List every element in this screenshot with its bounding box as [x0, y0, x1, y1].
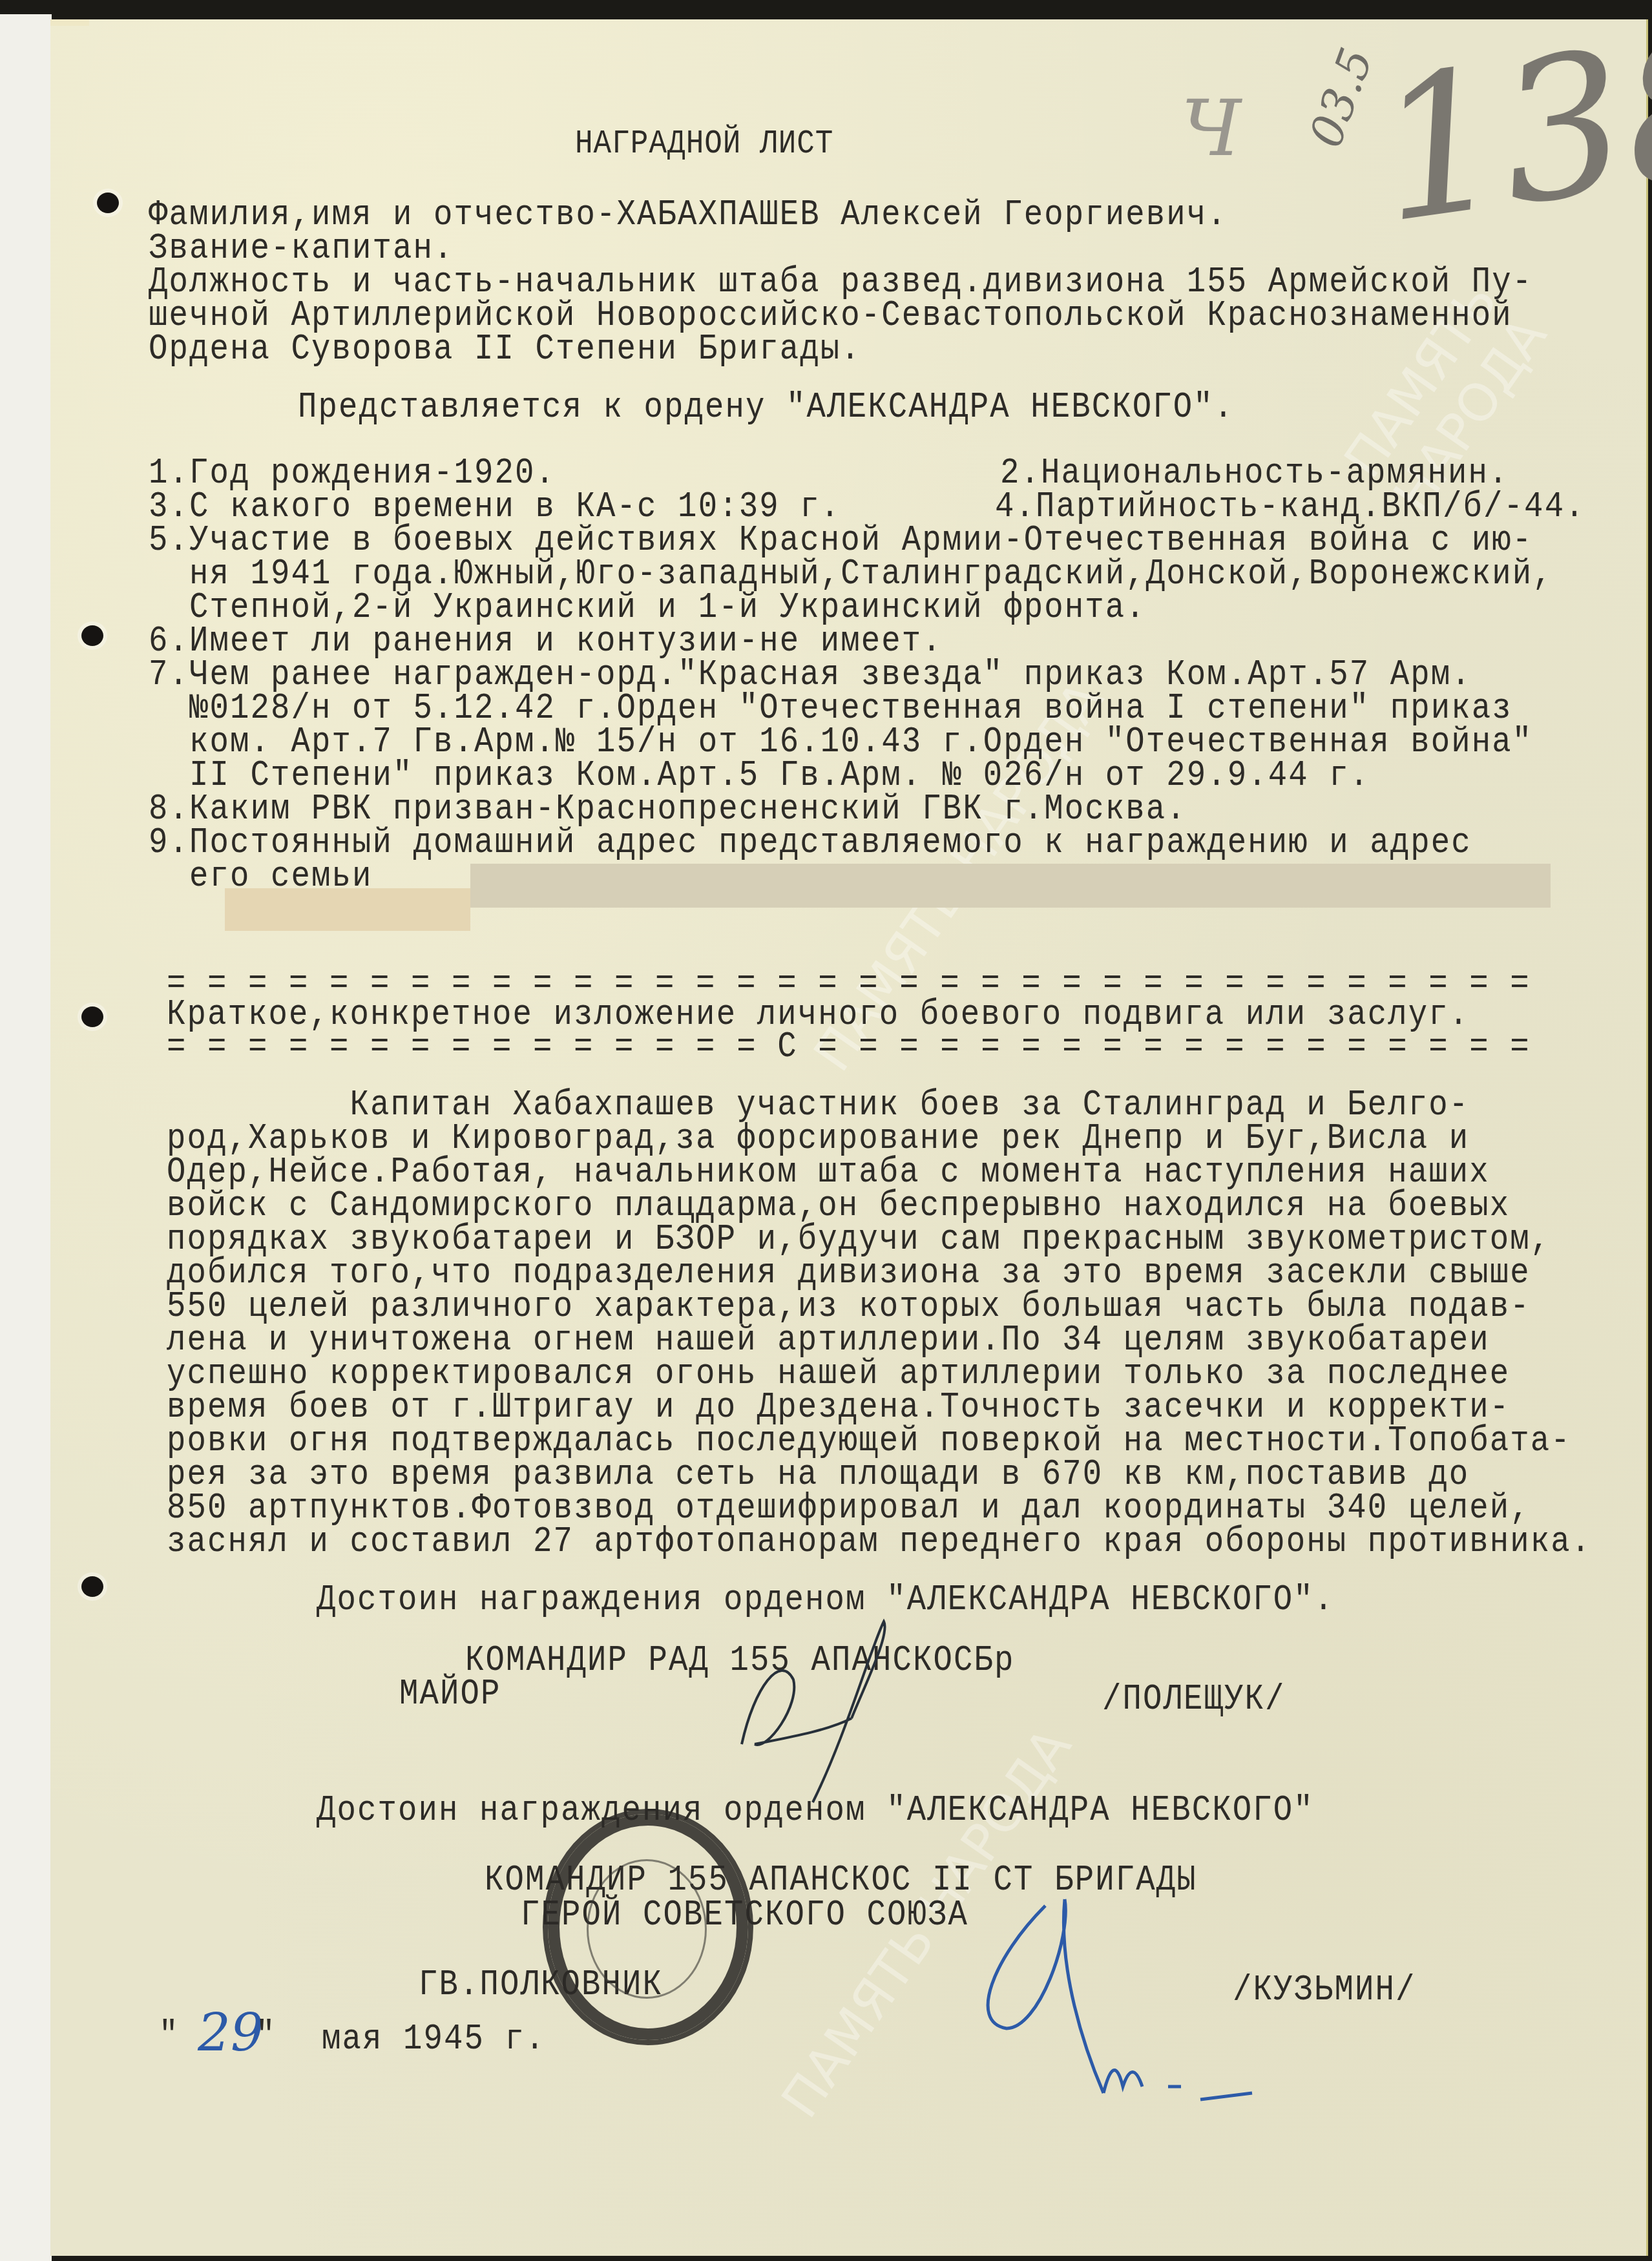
document-title: НАГРАДНОЙ ЛИСТ [575, 124, 833, 163]
signature-polishchuk [729, 1609, 910, 1815]
redacted-address [470, 864, 1551, 908]
punch-hole-icon [81, 1576, 103, 1597]
header-position-3: Ордена Суворова II Степени Бригады. [149, 329, 861, 368]
date-day-handwritten: 29 [198, 2003, 264, 2063]
punch-hole-icon [81, 625, 103, 646]
award-sheet-page: ПАМЯТЬ НАРОДА ПАМЯТЬ НАРОДА ПАМЯТЬ НАРОД… [50, 19, 1648, 2256]
conclusion-brigade: Достоин награждения орденом "АЛЕКСАНДРА … [317, 1791, 1314, 1829]
page-fold [50, 19, 89, 26]
date-open-quote: " [159, 2016, 180, 2054]
narrative-line: заснял и составил 27 артфотопанорам пере… [167, 1522, 1591, 1561]
separator-bottom: = = = = = = = = = = = = = = = С = = = = … [167, 1027, 1531, 1066]
pencil-mark: Ч [1181, 84, 1241, 174]
punch-hole-icon [81, 1006, 103, 1027]
signature-kuzmin [955, 1880, 1278, 2125]
scan-margin [0, 14, 52, 2261]
signatory-1-name: /ПОЛЕЩУК/ [1102, 1680, 1286, 1718]
date-close-quote: " [256, 2016, 277, 2054]
punch-hole-icon [97, 193, 119, 213]
brigade-seal-stamp [543, 1809, 753, 2045]
pencil-archive-number: 138 [1366, 8, 1652, 251]
nomination-line: Представляется к ордену "АЛЕКСАНДРА НЕВС… [298, 388, 1234, 426]
date-month-year: мая 1945 г. [322, 2019, 546, 2058]
seal-emblem [587, 1859, 707, 1999]
redacted-address [225, 888, 470, 931]
signatory-1-rank: МАЙОР [399, 1674, 501, 1713]
